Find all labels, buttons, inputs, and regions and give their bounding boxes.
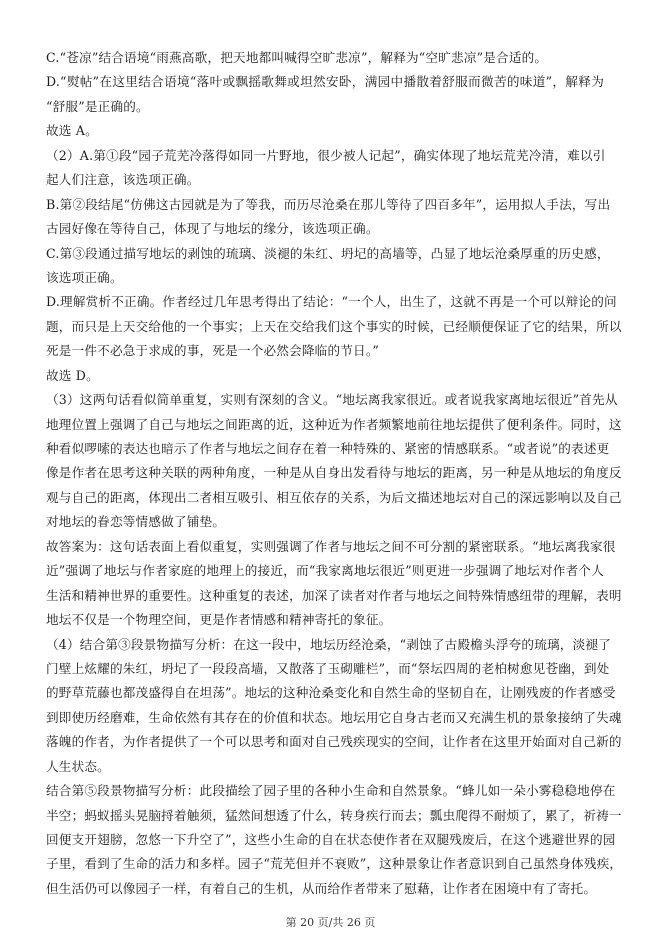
text-line: 起人们注意，该选项正确。 bbox=[46, 168, 604, 192]
text-line: 落魄的作者，为作者提供了一个可以思考和面对自己残疾现实的空间，让作者在这里开始面… bbox=[46, 730, 604, 754]
text-line: 的野草荒藤也都茂盛得自在坦荡”。地坛的这种沧桑变化和自然生命的坚韧自在，让刚残废… bbox=[46, 681, 604, 705]
text-line: “舒服”是正确的。 bbox=[46, 95, 604, 119]
text-line: 故选 A。 bbox=[46, 119, 604, 143]
text-line: 但生活仍可以像园子一样，有着自己的生机，从而给作者带来了慰藉，让作者在困境中有了… bbox=[46, 877, 604, 901]
text-line: 故答案为：这句话表面上看似重复，实则强调了作者与地坛之间不可分割的紧密联系。“地… bbox=[46, 535, 604, 559]
text-line: D.“熨帖”在这里结合语境“落叶或飘摇歌舞或坦然安卧，满园中播散着舒服而微苦的味… bbox=[46, 70, 604, 94]
text-line: 门壁上炫耀的朱红，坍圮了一段段高墙，又散落了玉砌雕栏”，而“祭坛四周的老柏树愈见… bbox=[46, 657, 604, 681]
text-line: C.第③段通过描写地坛的剥蚀的琉璃、淡褪的朱红、坍圮的高墙等，凸显了地坛沧桑厚重… bbox=[46, 242, 604, 266]
document-body: C.“苍凉”结合语境“雨燕高歌，把天地都叫喊得空旷悲凉”，解释为“空旷悲凉”是合… bbox=[46, 46, 604, 901]
text-line: C.“苍凉”结合语境“雨燕高歌，把天地都叫喊得空旷悲凉”，解释为“空旷悲凉”是合… bbox=[46, 46, 604, 70]
text-line: 地理位置上强调了自己与地坛之间距离的近，这种近为作者频繁地前往地坛提供了便利条件… bbox=[46, 413, 604, 437]
text-line: 地坛不仅是一个物理空间，更是作者情感和精神寄托的象征。 bbox=[46, 608, 604, 632]
text-line: 像是作者在思考这种关联的两种角度，一种是从自身出发看待与地坛的距离，另一种是从地… bbox=[46, 461, 604, 485]
text-line: 回便支开翅膀，忽悠一下升空了”，这些小生命的自在状态使作者在双腿残废后，在这个逃… bbox=[46, 828, 604, 852]
text-line: 种看似啰嗦的表达也暗示了作者与地坛之间存在着一种特殊的、紧密的情感联系。“或者说… bbox=[46, 437, 604, 461]
text-line: 到即使历经磨难，生命依然有其存在的价值和状态。地坛用它自身古老而又充满生机的景象… bbox=[46, 706, 604, 730]
text-line: 观与自己的距离，体现出二者相互吸引、相互依存的关系，为后文描述地坛对自己的深远影… bbox=[46, 486, 604, 510]
page-number-footer: 第 20 页/共 26 页 bbox=[0, 914, 661, 930]
text-line: （3）这两句话看似简单重复，实则有深刻的含义。“地坛离我家很近。或者说我家离地坛… bbox=[46, 388, 604, 412]
text-line: 人生状态。 bbox=[46, 755, 604, 779]
text-line: 子里，看到了生命的活力和多样。园子“荒芜但并不衰败”，这种景象让作者意识到自己虽… bbox=[46, 852, 604, 876]
text-line: D.理解赏析不正确。作者经过几年思考得出了结论：“一个人，出生了，这就不再是一个… bbox=[46, 290, 604, 314]
text-line: 半空；蚂蚁摇头晃脑捋着触须，猛然间想透了什么，转身疾行而去；瓢虫爬得不耐烦了，累… bbox=[46, 804, 604, 828]
text-line: （2）A.第①段“园子荒芜冷落得如同一片野地，很少被人记起”，确实体现了地坛荒芜… bbox=[46, 144, 604, 168]
text-line: 生活和精神世界的重要性。这种重复的表述，加深了读者对作者与地坛之间特殊情感纽带的… bbox=[46, 584, 604, 608]
text-line: 死是一件不必急于求成的事，死是一个必然会降临的节日。” bbox=[46, 339, 604, 363]
text-line: 结合第⑤段景物描写分析：此段描绘了园子里的各种小生命和自然景象。“蜂儿如一朵小雾… bbox=[46, 779, 604, 803]
text-line: 古园好像在等待自己，体现了与地坛的缘分，该选项正确。 bbox=[46, 217, 604, 241]
text-line: 故选 D。 bbox=[46, 364, 604, 388]
text-line: 该选项正确。 bbox=[46, 266, 604, 290]
text-line: （4）结合第③段景物描写分析：在这一段中，地坛历经沧桑，“剥蚀了古殿檐头浮夸的琉… bbox=[46, 633, 604, 657]
text-line: 题，而只是上天交给他的一个事实；上天在交给我们这个事实的时候，已经顺便保证了它的… bbox=[46, 315, 604, 339]
text-line: 近”强调了地坛与作者家庭的地理上的接近，而“我家离地坛很近”则更进一步强调了地坛… bbox=[46, 559, 604, 583]
text-line: 对地坛的眷恋等情感做了铺垫。 bbox=[46, 510, 604, 534]
text-line: B.第②段结尾“仿佛这古园就是为了等我，而历尽沧桑在那儿等待了四百多年”，运用拟… bbox=[46, 193, 604, 217]
